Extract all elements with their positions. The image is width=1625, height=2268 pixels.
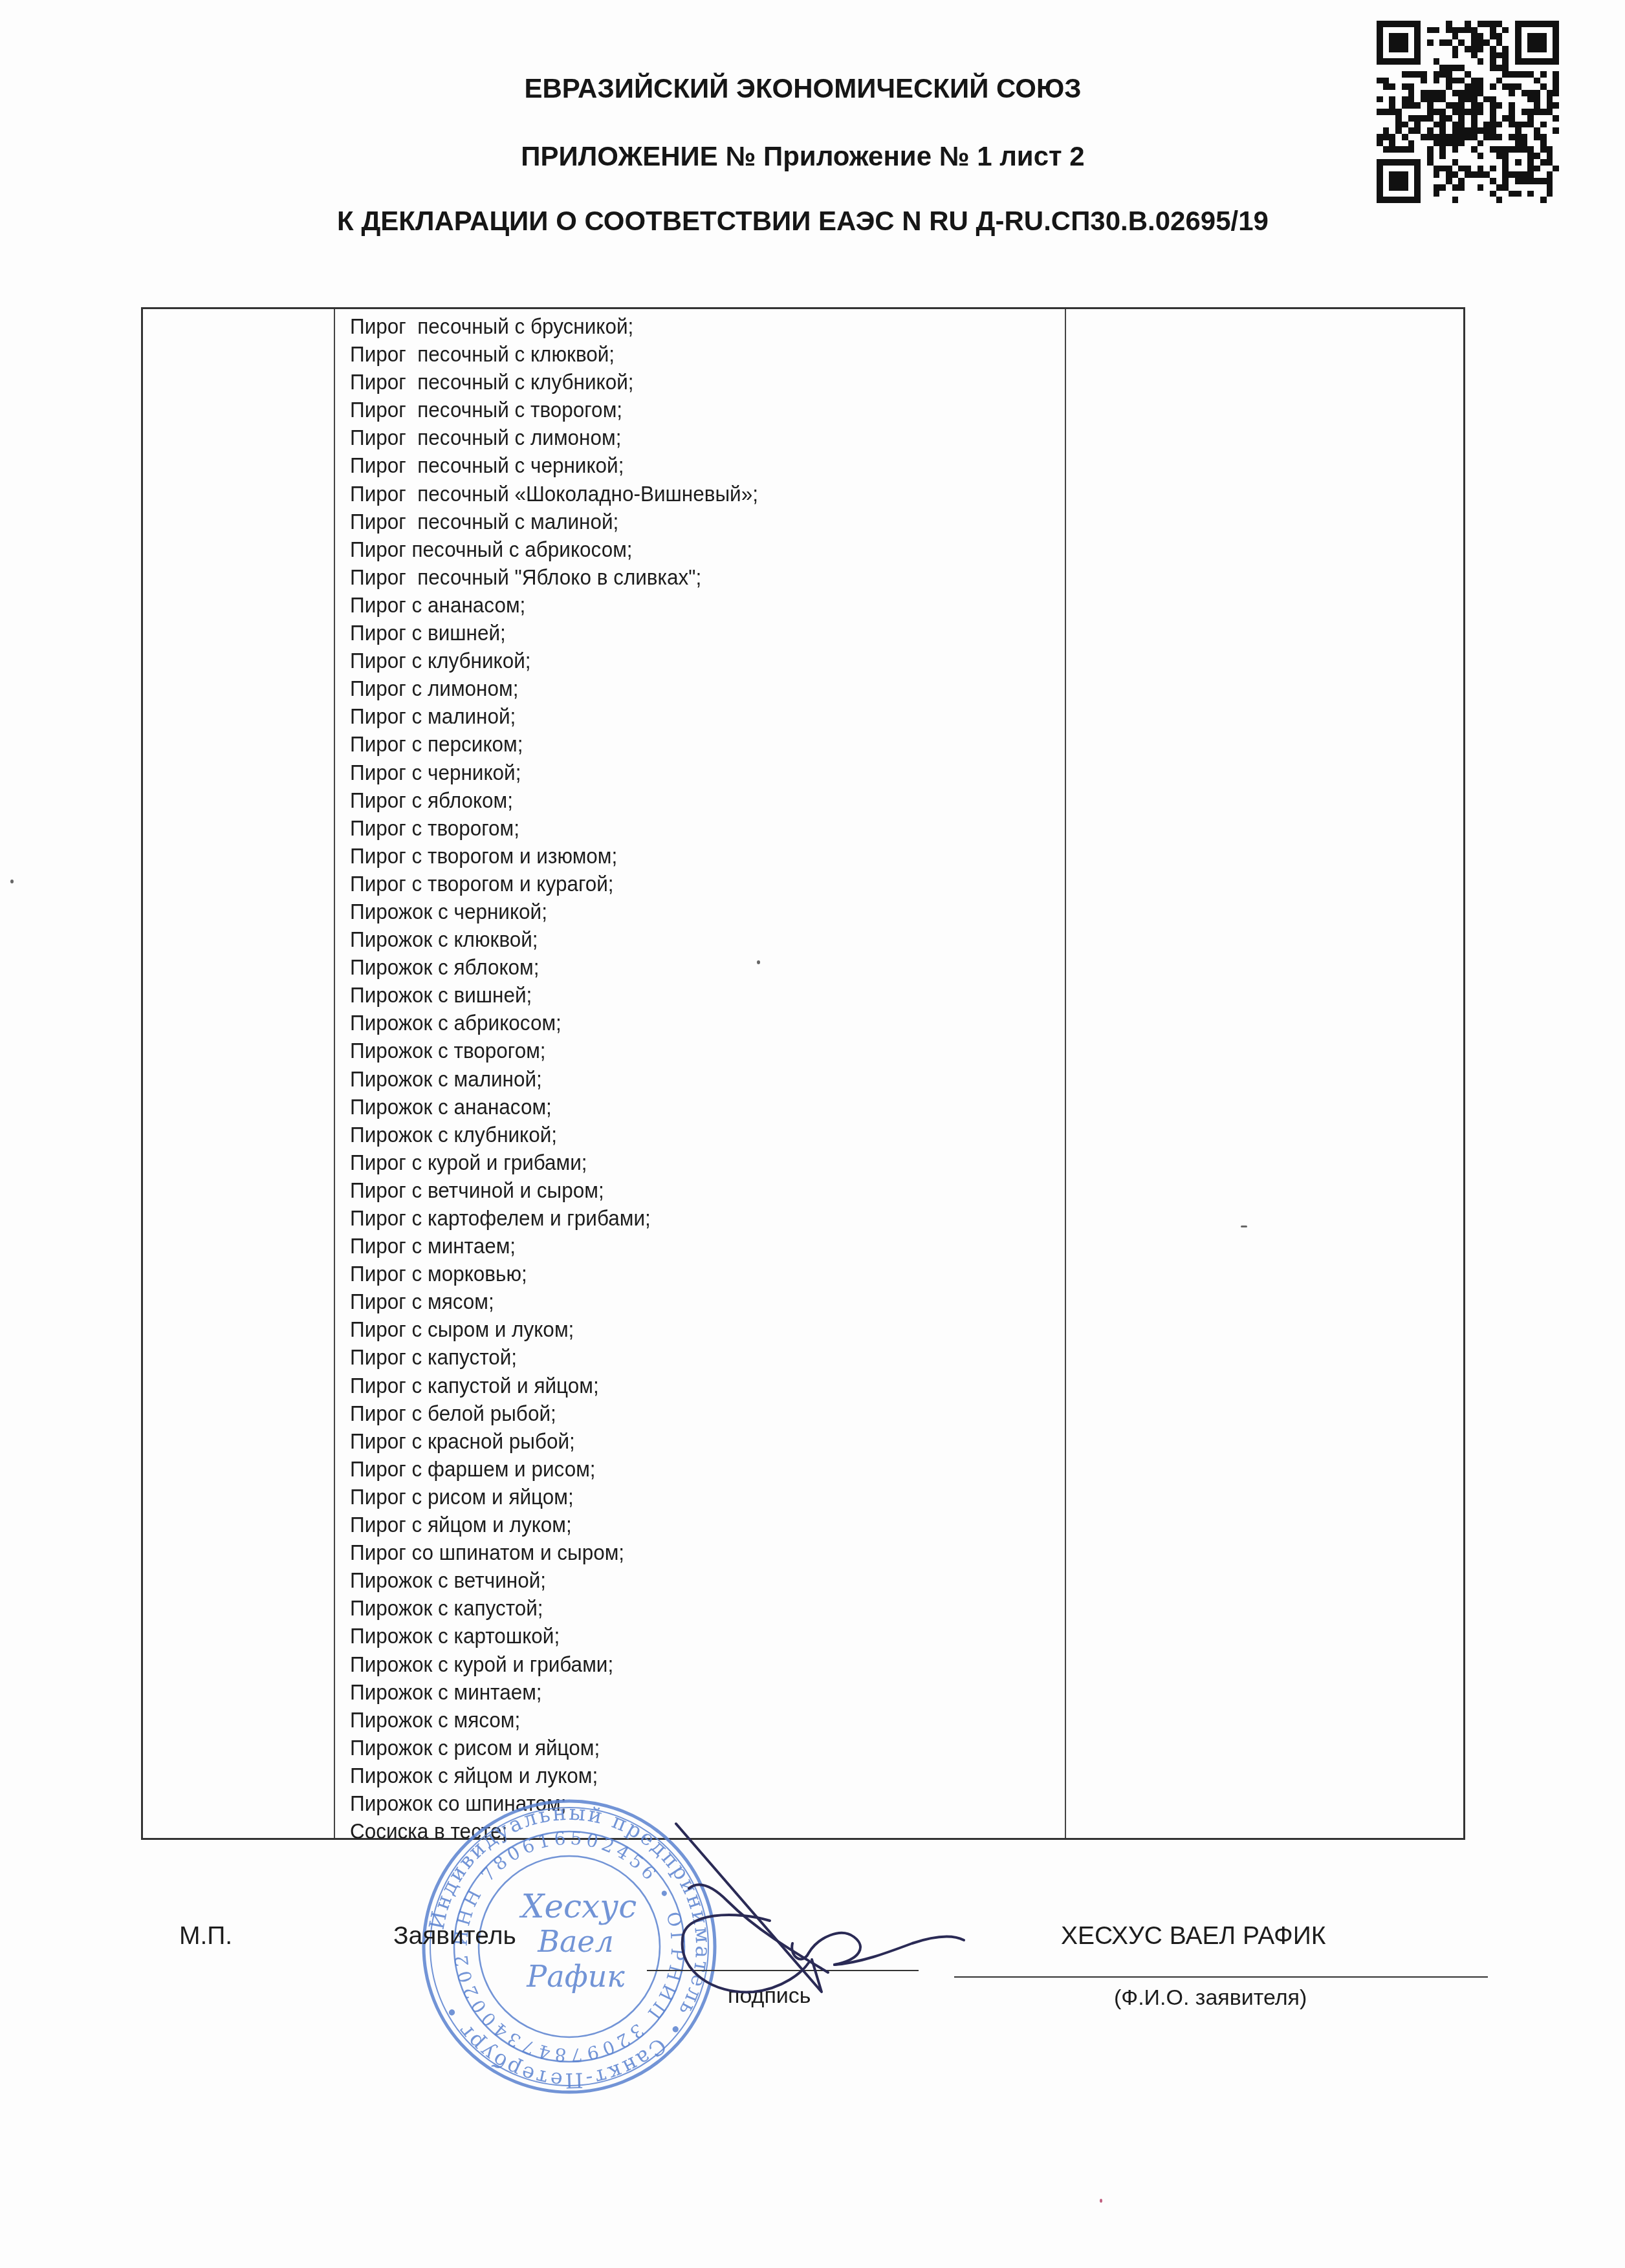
product-item: Пирог с курой и грибами; (350, 1149, 758, 1177)
scan-speck (10, 880, 14, 883)
product-item: Пирожок с ветчиной; (350, 1567, 758, 1595)
product-item: Пирог песочный с творогом; (350, 396, 758, 424)
scan-speck (1100, 2199, 1102, 2203)
product-list: Пирог песочный с брусникой;Пирог песочны… (350, 313, 758, 1846)
product-item: Пирог с морковью; (350, 1260, 758, 1288)
product-item: Пирожок с клюквой; (350, 926, 758, 954)
scan-speck (757, 960, 760, 964)
product-item: Пирог с вишней; (350, 620, 758, 647)
stamp-name-2: Ваел (537, 1924, 614, 1959)
product-item: Пирог с творогом и курагой; (350, 870, 758, 898)
product-item: Пирог с черникой; (350, 759, 758, 787)
product-item: Пирожок с абрикосом; (350, 1010, 758, 1037)
applicant-name: ХЕСХУС ВАЕЛ РАФИК (1061, 1922, 1325, 1950)
product-item: Пирог с творогом и изюмом; (350, 843, 758, 870)
product-item: Пирог с фаршем и рисом; (350, 1456, 758, 1484)
product-item: Пирожок с картошкой; (350, 1623, 758, 1650)
product-item: Пирог песочный с черникой; (350, 452, 758, 480)
product-item: Пирог песочный с клюквой; (350, 341, 758, 369)
product-item: Пирог с яйцом и луком; (350, 1511, 758, 1539)
product-item: Пирожок с курой и грибами; (350, 1651, 758, 1679)
product-item: Пирог с белой рыбой; (350, 1400, 758, 1428)
stamp-name-3: Рафик (526, 1959, 625, 1994)
product-item: Пирог с минтаем; (350, 1233, 758, 1260)
product-item: Пирог со шпинатом и сыром; (350, 1539, 758, 1567)
product-item: Пирожок с капустой; (350, 1595, 758, 1623)
product-item: Пирог с творогом; (350, 815, 758, 843)
product-item: Пирожок с яблоком; (350, 954, 758, 982)
seal-label: М.П. (179, 1922, 232, 1950)
product-item: Пирог с капустой; (350, 1344, 758, 1372)
product-item: Пирожок с малиной; (350, 1066, 758, 1094)
applicant-label: Заявитель (393, 1922, 516, 1950)
product-item: Пирог с рисом и яйцом; (350, 1484, 758, 1511)
product-item: Пирог с мясом; (350, 1288, 758, 1316)
product-item: Пирог с лимоном; (350, 675, 758, 703)
product-item: Пирожок с вишней; (350, 982, 758, 1010)
column-divider (334, 309, 335, 1838)
product-item: Пирог песочный с абрикосом; (350, 536, 758, 564)
handwritten-signature (615, 1798, 977, 2011)
product-item: Пирожок с ананасом; (350, 1094, 758, 1121)
product-item: Пирог с ветчиной и сыром; (350, 1177, 758, 1205)
appendix-title: ПРИЛОЖЕНИЕ № Приложение № 1 лист 2 (0, 141, 1615, 172)
product-item: Пирожок с черникой; (350, 898, 758, 926)
product-item: Пирог песочный с клубникой; (350, 369, 758, 396)
product-item: Пирожок с рисом и яйцом; (350, 1734, 758, 1762)
product-item: Пирог с красной рыбой; (350, 1428, 758, 1456)
product-item: Пирог с клубникой; (350, 647, 758, 675)
product-item: Пирог песочный "Яблоко в сливках"; (350, 564, 758, 592)
product-item: Пирожок с яйцом и луком; (350, 1762, 758, 1790)
declaration-title: К ДЕКЛАРАЦИИ О СООТВЕТСТВИИ ЕАЭС N RU Д-… (0, 206, 1615, 237)
name-line (954, 1976, 1488, 1978)
products-table: Пирог песочный с брусникой;Пирог песочны… (141, 307, 1465, 1840)
product-item: Пирожок с мясом; (350, 1707, 758, 1734)
product-item: Пирог с малиной; (350, 703, 758, 731)
product-item: Пирог песочный с малиной; (350, 508, 758, 536)
name-caption: (Ф.И.О. заявителя) (1114, 1985, 1307, 2011)
union-title: ЕВРАЗИЙСКИЙ ЭКОНОМИЧЕСКИЙ СОЮЗ (0, 73, 1615, 104)
product-item: Пирог песочный «Шоколадно-Вишневый»; (350, 481, 758, 508)
product-item: Пирог с яблоком; (350, 787, 758, 815)
product-item: Пирожок с клубникой; (350, 1121, 758, 1149)
product-item: Пирожок с минтаем; (350, 1679, 758, 1707)
product-item: Пирог с ананасом; (350, 592, 758, 620)
scan-speck (1241, 1226, 1247, 1227)
product-item: Пирог песочный с брусникой; (350, 313, 758, 341)
qr-code-icon (1377, 21, 1559, 203)
column-divider (1065, 309, 1066, 1838)
product-item: Пирожок с творогом; (350, 1037, 758, 1065)
product-item: Пирог с капустой и яйцом; (350, 1372, 758, 1400)
product-item: Пирог с сыром и луком; (350, 1316, 758, 1344)
product-item: Пирог песочный с лимоном; (350, 424, 758, 452)
product-item: Пирог с картофелем и грибами; (350, 1205, 758, 1233)
product-item: Пирог с персиком; (350, 731, 758, 759)
